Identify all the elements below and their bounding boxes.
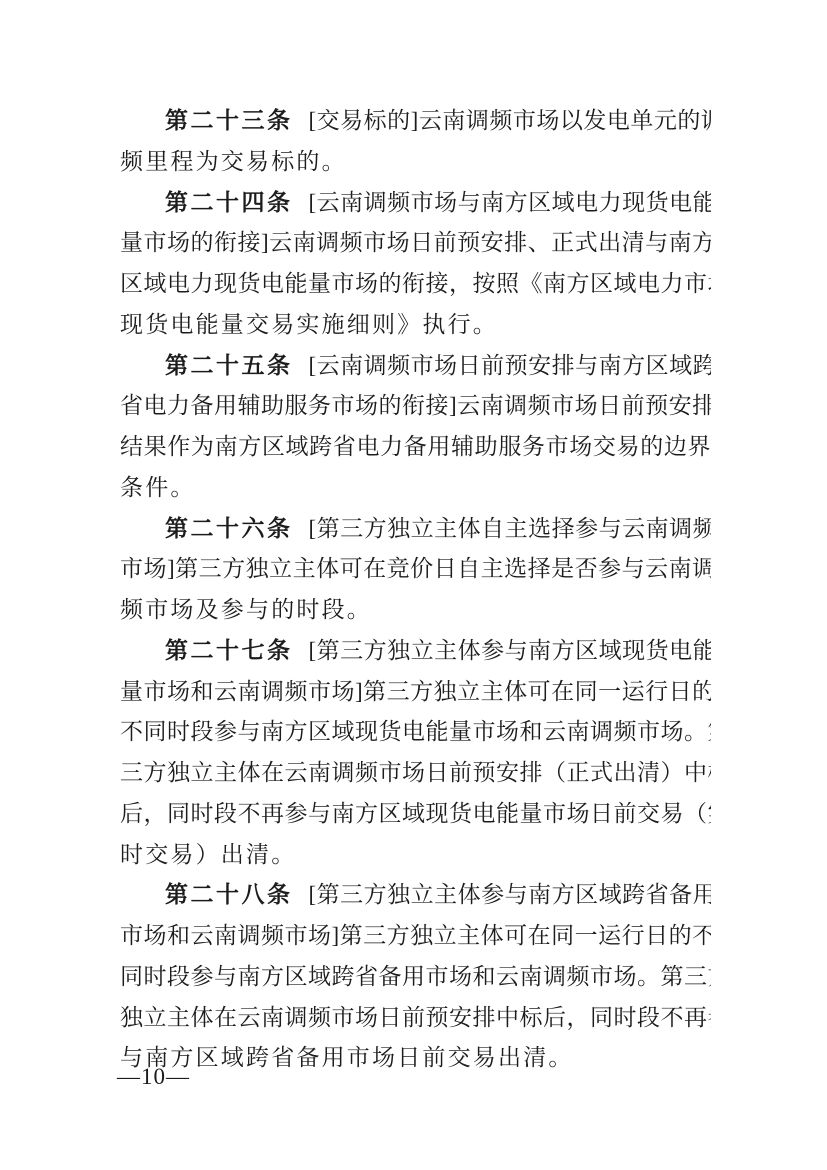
- line-text: 时交易）出清。: [120, 842, 296, 867]
- text-line: 省电力备用辅助服务市场的衔接]云南调频市场日前预安排: [120, 386, 711, 427]
- text-block: 第二十三条[交易标的]云南调频市场以发电单元的调 频里程为交易标的。 第二十四条…: [120, 101, 711, 1079]
- article-25: 第二十五条[云南调频市场日前预安排与南方区域跨 省电力备用辅助服务市场的衔接]云…: [120, 346, 711, 509]
- line-text: 频市场及参与的时段。: [120, 597, 372, 622]
- text-line: 频里程为交易标的。: [120, 142, 711, 183]
- text-line: 后，同时段不再参与南方区域现货电能量市场日前交易（实: [120, 794, 711, 835]
- article-28: 第二十八条[第三方独立主体参与南方区域跨省备用 市场和云南调频市场]第三方独立主…: [120, 875, 711, 1079]
- line-text: 后，同时段不再参与南方区域现货电能量市场日前交易（实: [120, 801, 711, 826]
- line-text: 结果作为南方区域跨省电力备用辅助服务市场交易的边界: [120, 434, 711, 459]
- line-text: 现货电能量交易实施细则》执行。: [120, 312, 498, 337]
- article-24: 第二十四条[云南调频市场与南方区域电力现货电能 量市场的衔接]云南调频市场日前预…: [120, 183, 711, 346]
- article-27: 第二十七条[第三方独立主体参与南方区域现货电能 量市场和云南调频市场]第三方独立…: [120, 631, 711, 876]
- line-text: 不同时段参与南方区域现货电能量市场和云南调频市场。第: [120, 719, 711, 744]
- line-text: 市场]第三方独立主体可在竞价日自主选择是否参与云南调: [120, 556, 711, 581]
- text-line: 三方独立主体在云南调频市场日前预安排（正式出清）中标: [120, 753, 711, 794]
- line-text: [第三方独立主体参与南方区域跨省备用: [309, 882, 712, 907]
- text-line: 时交易）出清。: [120, 835, 711, 876]
- text-line: 市场和云南调频市场]第三方独立主体可在同一运行日的不: [120, 916, 711, 957]
- text-line: 条件。: [120, 468, 711, 509]
- line-text: [第三方独立主体参与南方区域现货电能: [309, 638, 712, 663]
- text-line: 区域电力现货电能量市场的衔接，按照《南方区域电力市场: [120, 264, 711, 305]
- document-page: 第二十三条[交易标的]云南调频市场以发电单元的调 频里程为交易标的。 第二十四条…: [0, 0, 827, 1170]
- line-text: [云南调频市场与南方区域电力现货电能: [309, 190, 712, 215]
- page-number: —10—: [117, 1061, 190, 1093]
- text-line: 第二十四条[云南调频市场与南方区域电力现货电能: [120, 183, 711, 224]
- text-line: 第二十五条[云南调频市场日前预安排与南方区域跨: [120, 346, 711, 387]
- text-line: 与南方区域跨省备用市场日前交易出清。: [120, 1038, 711, 1079]
- text-line: 频市场及参与的时段。: [120, 590, 711, 631]
- line-text: 量市场和云南调频市场]第三方独立主体可在同一运行日的: [120, 679, 711, 704]
- text-line: 量市场的衔接]云南调频市场日前预安排、正式出清与南方: [120, 223, 711, 264]
- article-number: 第二十三条: [165, 108, 293, 133]
- line-text: 省电力备用辅助服务市场的衔接]云南调频市场日前预安排: [120, 393, 711, 418]
- line-text: [交易标的]云南调频市场以发电单元的调: [309, 108, 712, 133]
- text-line: 第二十六条[第三方独立主体自主选择参与云南调频: [120, 509, 711, 550]
- text-line: 不同时段参与南方区域现货电能量市场和云南调频市场。第: [120, 712, 711, 753]
- text-line: 同时段参与南方区域跨省备用市场和云南调频市场。第三方: [120, 957, 711, 998]
- article-number: 第二十四条: [165, 190, 293, 215]
- text-line: 第二十七条[第三方独立主体参与南方区域现货电能: [120, 631, 711, 672]
- line-text: 同时段参与南方区域跨省备用市场和云南调频市场。第三方: [120, 964, 711, 989]
- article-number: 第二十五条: [165, 353, 293, 378]
- line-text: 市场和云南调频市场]第三方独立主体可在同一运行日的不: [120, 923, 711, 948]
- text-line: 第二十八条[第三方独立主体参与南方区域跨省备用: [120, 875, 711, 916]
- line-text: 量市场的衔接]云南调频市场日前预安排、正式出清与南方: [120, 230, 711, 255]
- line-text: 频里程为交易标的。: [120, 149, 347, 174]
- line-text: 独立主体在云南调频市场日前预安排中标后，同时段不再参: [120, 1005, 711, 1030]
- line-text: [第三方独立主体自主选择参与云南调频: [309, 516, 712, 541]
- text-line: 量市场和云南调频市场]第三方独立主体可在同一运行日的: [120, 672, 711, 713]
- text-line: 第二十三条[交易标的]云南调频市场以发电单元的调: [120, 101, 711, 142]
- text-line: 独立主体在云南调频市场日前预安排中标后，同时段不再参: [120, 998, 711, 1039]
- article-23: 第二十三条[交易标的]云南调频市场以发电单元的调 频里程为交易标的。: [120, 101, 711, 183]
- article-number: 第二十八条: [165, 882, 293, 907]
- article-number: 第二十六条: [165, 516, 293, 541]
- text-line: 结果作为南方区域跨省电力备用辅助服务市场交易的边界: [120, 427, 711, 468]
- line-text: [云南调频市场日前预安排与南方区域跨: [309, 353, 712, 378]
- line-text: 三方独立主体在云南调频市场日前预安排（正式出清）中标: [120, 760, 711, 785]
- line-text: 区域电力现货电能量市场的衔接，按照《南方区域电力市场: [120, 271, 711, 296]
- text-line: 市场]第三方独立主体可在竞价日自主选择是否参与云南调: [120, 549, 711, 590]
- line-text: 条件。: [120, 475, 196, 500]
- article-number: 第二十七条: [165, 638, 293, 663]
- article-26: 第二十六条[第三方独立主体自主选择参与云南调频 市场]第三方独立主体可在竞价日自…: [120, 509, 711, 631]
- text-line: 现货电能量交易实施细则》执行。: [120, 305, 711, 346]
